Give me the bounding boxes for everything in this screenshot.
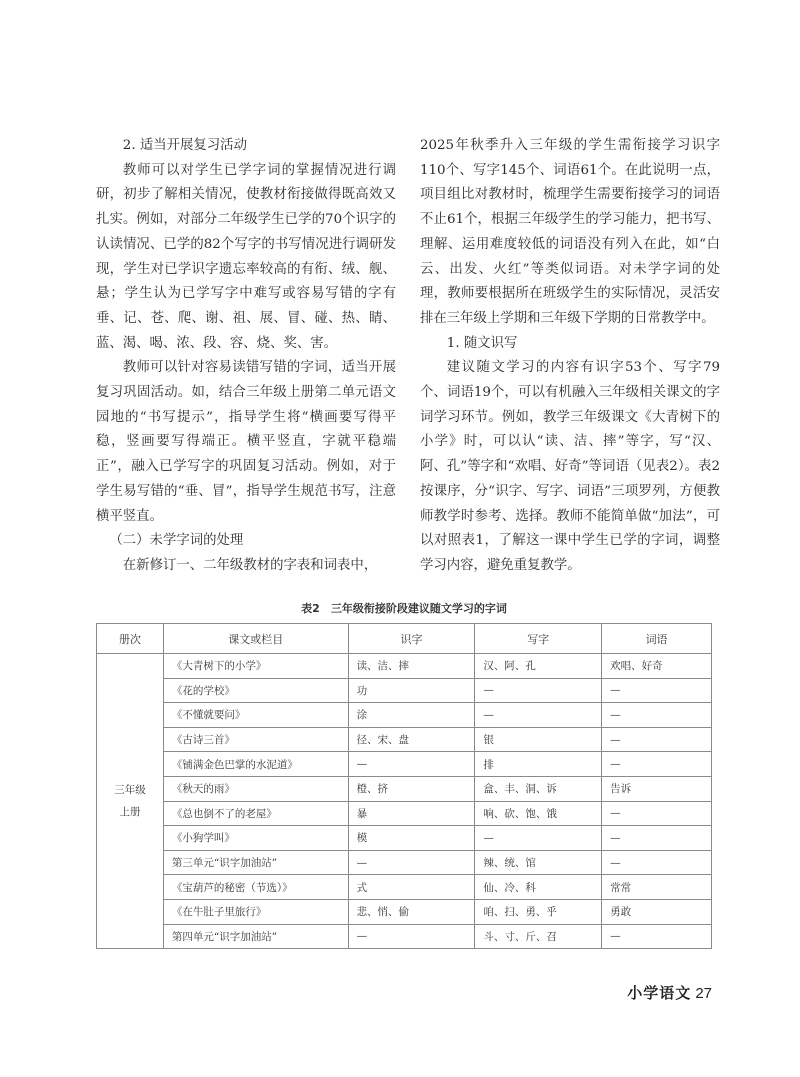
write-cell: 响、砍、饱、饿 xyxy=(475,801,602,826)
table-row: 《花的学校》 功 — — xyxy=(97,678,712,703)
lesson-cell: 《在牛肚子里旅行》 xyxy=(163,899,348,924)
paragraph: 在新修订一、二年级教材的字表和词表中， xyxy=(96,554,396,579)
paragraph: 2025年秋季升入三年级的学生需衔接学习识字110个、写字145个、词语61个。… xyxy=(420,134,720,332)
volume-line: 三年级 xyxy=(105,779,155,801)
lesson-cell: 《小狗学叫》 xyxy=(163,826,348,851)
recognize-cell: 模 xyxy=(348,826,475,851)
write-cell: 银 xyxy=(475,727,602,752)
table-title: 表2 三年级衔接阶段建议随文学习的字词 xyxy=(96,600,712,616)
lesson-cell: 《大青树下的小学》 xyxy=(163,654,348,679)
lesson-cell: 《铺满金色巴掌的水泥道》 xyxy=(163,752,348,777)
recognize-cell: 式 xyxy=(348,875,475,900)
paragraph: 教师可以对学生已学字词的掌握情况进行调研，初步了解相关情况，使教材衔接做得既高效… xyxy=(96,159,396,357)
header-recognize: 识字 xyxy=(348,624,475,654)
left-column: 2. 适当开展复习活动 教师可以对学生已学字词的掌握情况进行调研，初步了解相关情… xyxy=(96,134,396,579)
write-cell: 斗、寸、斤、召 xyxy=(475,924,602,949)
write-cell: 排 xyxy=(475,752,602,777)
page-number: 27 xyxy=(695,985,712,1002)
header-lesson: 课文或栏目 xyxy=(163,624,348,654)
lesson-cell: 第四单元“识字加油站” xyxy=(163,924,348,949)
recognize-cell: — xyxy=(348,924,475,949)
header-words: 词语 xyxy=(602,624,712,654)
table-header-row: 册次 课文或栏目 识字 写字 词语 xyxy=(97,624,712,654)
recognize-cell: 悲、悄、偷 xyxy=(348,899,475,924)
recognize-cell: — xyxy=(348,752,475,777)
lesson-cell: 《秋天的雨》 xyxy=(163,776,348,801)
recognize-cell: 涂 xyxy=(348,703,475,728)
recognize-cell: 橙、挤 xyxy=(348,776,475,801)
words-cell: — xyxy=(602,727,712,752)
recognize-cell: 暴 xyxy=(348,801,475,826)
lesson-cell: 《总也倒不了的老屋》 xyxy=(163,801,348,826)
write-cell: — xyxy=(475,678,602,703)
words-cell: — xyxy=(602,801,712,826)
write-cell: — xyxy=(475,703,602,728)
page-footer: 小学语文27 xyxy=(620,982,712,1003)
table-row: 《总也倒不了的老屋》 暴 响、砍、饱、饿 — xyxy=(97,801,712,826)
words-cell: 告诉 xyxy=(602,776,712,801)
table-row: 第三单元“识字加油站” — 辣、统、馆 — xyxy=(97,850,712,875)
write-cell: 仙、冷、科 xyxy=(475,875,602,900)
write-cell: 汉、阿、孔 xyxy=(475,654,602,679)
volume-line: 上册 xyxy=(105,801,155,823)
write-cell: 辣、统、馆 xyxy=(475,850,602,875)
words-cell: — xyxy=(602,703,712,728)
header-volume: 册次 xyxy=(97,624,164,654)
magazine-name: 小学语文 xyxy=(627,984,691,1002)
table-row: 《不懂就要问》 涂 — — xyxy=(97,703,712,728)
lesson-cell: 第三单元“识字加油站” xyxy=(163,850,348,875)
header-write: 写字 xyxy=(475,624,602,654)
recognize-cell: 功 xyxy=(348,678,475,703)
recognize-cell: — xyxy=(348,850,475,875)
lesson-cell: 《不懂就要问》 xyxy=(163,703,348,728)
lesson-cell: 《古诗三首》 xyxy=(163,727,348,752)
table-row: 三年级 上册 《大青树下的小学》 读、洁、摔 汉、阿、孔 欢唱、好奇 xyxy=(97,654,712,679)
table-row: 《秋天的雨》 橙、挤 盒、丰、洞、诉 告诉 xyxy=(97,776,712,801)
recognize-cell: 径、宋、盘 xyxy=(348,727,475,752)
vocabulary-table: 册次 课文或栏目 识字 写字 词语 三年级 上册 《大青树下的小学》 读、洁、摔… xyxy=(96,623,712,949)
table-row: 《小狗学叫》 模 — — xyxy=(97,826,712,851)
section-heading: 1. 随文识写 xyxy=(420,332,720,357)
table-row: 《在牛肚子里旅行》 悲、悄、偷 咱、扫、勇、乎 勇敢 xyxy=(97,899,712,924)
table-row: 第四单元“识字加油站” — 斗、寸、斤、召 — xyxy=(97,924,712,949)
write-cell: — xyxy=(475,826,602,851)
lesson-cell: 《花的学校》 xyxy=(163,678,348,703)
lesson-cell: 《宝葫芦的秘密（节选）》 xyxy=(163,875,348,900)
write-cell: 盒、丰、洞、诉 xyxy=(475,776,602,801)
words-cell: — xyxy=(602,924,712,949)
paragraph: 建议随文学习的内容有识字53个、写字79个、词语19个，可以有机融入三年级相关课… xyxy=(420,356,720,578)
write-cell: 咱、扫、勇、乎 xyxy=(475,899,602,924)
recognize-cell: 读、洁、摔 xyxy=(348,654,475,679)
volume-cell: 三年级 上册 xyxy=(97,654,164,949)
words-cell: 欢唱、好奇 xyxy=(602,654,712,679)
words-cell: — xyxy=(602,850,712,875)
words-cell: — xyxy=(602,826,712,851)
table-row: 《铺满金色巴掌的水泥道》 — 排 — xyxy=(97,752,712,777)
words-cell: — xyxy=(602,678,712,703)
section-heading: 2. 适当开展复习活动 xyxy=(96,134,396,159)
table-row: 《宝葫芦的秘密（节选）》 式 仙、冷、科 常常 xyxy=(97,875,712,900)
words-cell: — xyxy=(602,752,712,777)
subsection-heading: （二）未学字词的处理 xyxy=(96,529,396,554)
table-row: 《古诗三首》 径、宋、盘 银 — xyxy=(97,727,712,752)
words-cell: 常常 xyxy=(602,875,712,900)
paragraph: 教师可以针对容易读错写错的字词，适当开展复习巩固活动。如，结合三年级上册第二单元… xyxy=(96,356,396,529)
words-cell: 勇敢 xyxy=(602,899,712,924)
right-column: 2025年秋季升入三年级的学生需衔接学习识字110个、写字145个、词语61个。… xyxy=(420,134,720,579)
